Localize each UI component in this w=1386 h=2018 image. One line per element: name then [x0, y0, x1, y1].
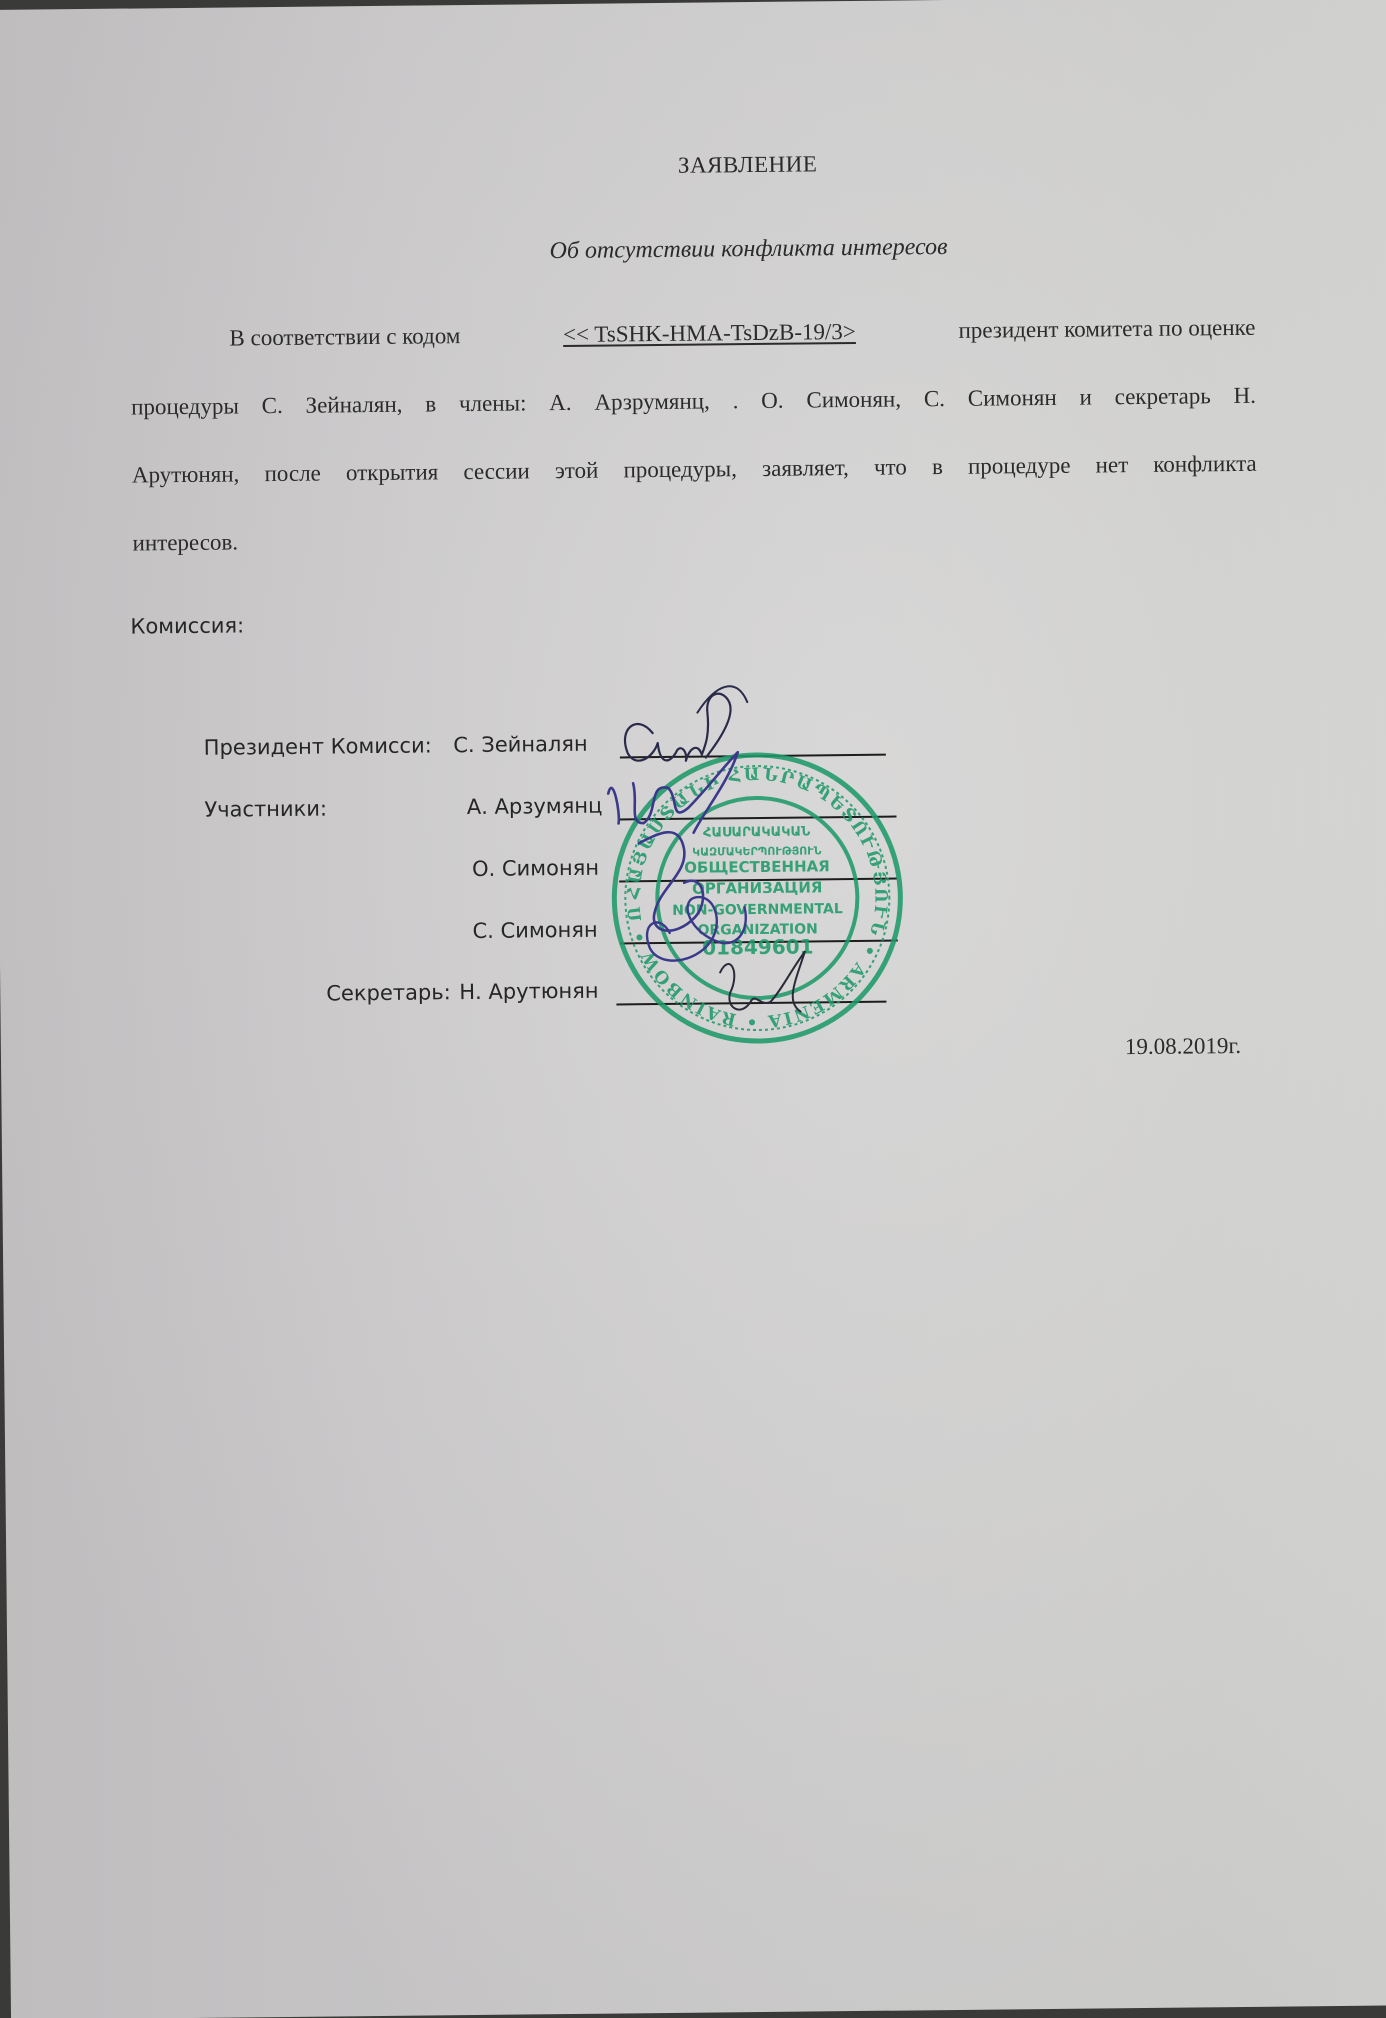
body-word: Симонян, [806, 386, 901, 413]
body-word: Арутюнян, [132, 461, 240, 488]
body-word: открытия [346, 459, 439, 486]
body-word: этой [555, 458, 599, 484]
body-word: в [932, 454, 943, 480]
body-word: члены: [459, 390, 527, 417]
body-word: что [874, 454, 907, 480]
body-line-3: Арутюнян,послеоткрытиясессииэтойпроцедур… [132, 451, 1257, 489]
body-word: процедуре [968, 453, 1071, 480]
body-word: А. [549, 390, 572, 416]
body-word: О. [761, 388, 784, 414]
body-word: Зейналян, [305, 392, 402, 419]
body-line-1-prefix: В соответствии с кодом [229, 323, 460, 351]
document-date: 19.08.2019г. [1125, 1033, 1241, 1060]
body-line-1-suffix: президент комитета по оценке [958, 315, 1255, 344]
document-title: ЗАЯВЛЕНИЕ [0, 144, 1386, 186]
body-word: секретарь [1115, 383, 1211, 410]
body-word: Н. [1233, 383, 1256, 409]
body-word: С. [924, 386, 945, 412]
procedure-code: << TsSHK-HMA-TsDzB-19/3> [563, 319, 856, 348]
body-word: и [1079, 384, 1092, 410]
body-word: С. [262, 393, 283, 419]
document-page: ЗАЯВЛЕНИЕ Об отсутствии конфликта интере… [0, 0, 1386, 2018]
body-word: заявляет, [762, 455, 849, 482]
body-word: нет [1095, 452, 1128, 478]
organization-stamp: ՀԱՅԱՍՏԱՆԻ ՀԱՆՐԱՊԵՏՈՒԹՅՈՒՆ • ARMENIA • RA… [606, 746, 909, 1049]
body-word: процедуры, [623, 456, 737, 483]
signatory-role-secretary: Секретарь: [326, 980, 451, 1005]
svg-text:01849601: 01849601 [702, 934, 814, 959]
svg-text:NON-GOVERNMENTAL: NON-GOVERNMENTAL [672, 901, 843, 919]
body-word: в [425, 391, 436, 417]
svg-text:ОБЩЕСТВЕННАЯ: ОБЩЕСТВЕННАЯ [684, 857, 830, 877]
body-word: конфликта [1153, 451, 1257, 478]
signatory-name-participant-2: О. Симонян [399, 856, 599, 882]
body-word: Арзрумянц, [594, 388, 710, 415]
signatory-name-participant-1: А. Арзумянц [402, 794, 602, 820]
commission-label: Комиссия: [130, 613, 244, 638]
body-word: . [732, 388, 738, 414]
svg-text:ОРГАНИЗАЦИЯ: ОРГАНИЗАЦИЯ [692, 878, 822, 897]
signatory-name-secretary: Н. Арутюнян [459, 979, 599, 1004]
signatory-name-participant-3: С. Симонян [398, 918, 598, 944]
body-word: сессии [463, 458, 530, 485]
signatory-role-participants: Участники: [204, 797, 327, 822]
body-word: Симонян [968, 385, 1057, 412]
document-subtitle: Об отсутствии конфликта интересов [0, 228, 1386, 271]
body-word: процедуры [131, 393, 239, 420]
body-line-2: процедурыС.Зейналян,вчлены:А.Арзрумянц,.… [131, 383, 1256, 421]
body-line-4: интересов. [132, 519, 1257, 557]
svg-text:ՀԱՍԱՐԱԿԱԿԱՆ: ՀԱՍԱՐԱԿԱԿԱՆ [703, 824, 811, 840]
body-word: после [264, 461, 321, 488]
signatory-name-president: С. Зейналян [388, 732, 588, 758]
body-line-1: В соответствии с кодом << TsSHK-HMA-TsDz… [229, 315, 1255, 352]
